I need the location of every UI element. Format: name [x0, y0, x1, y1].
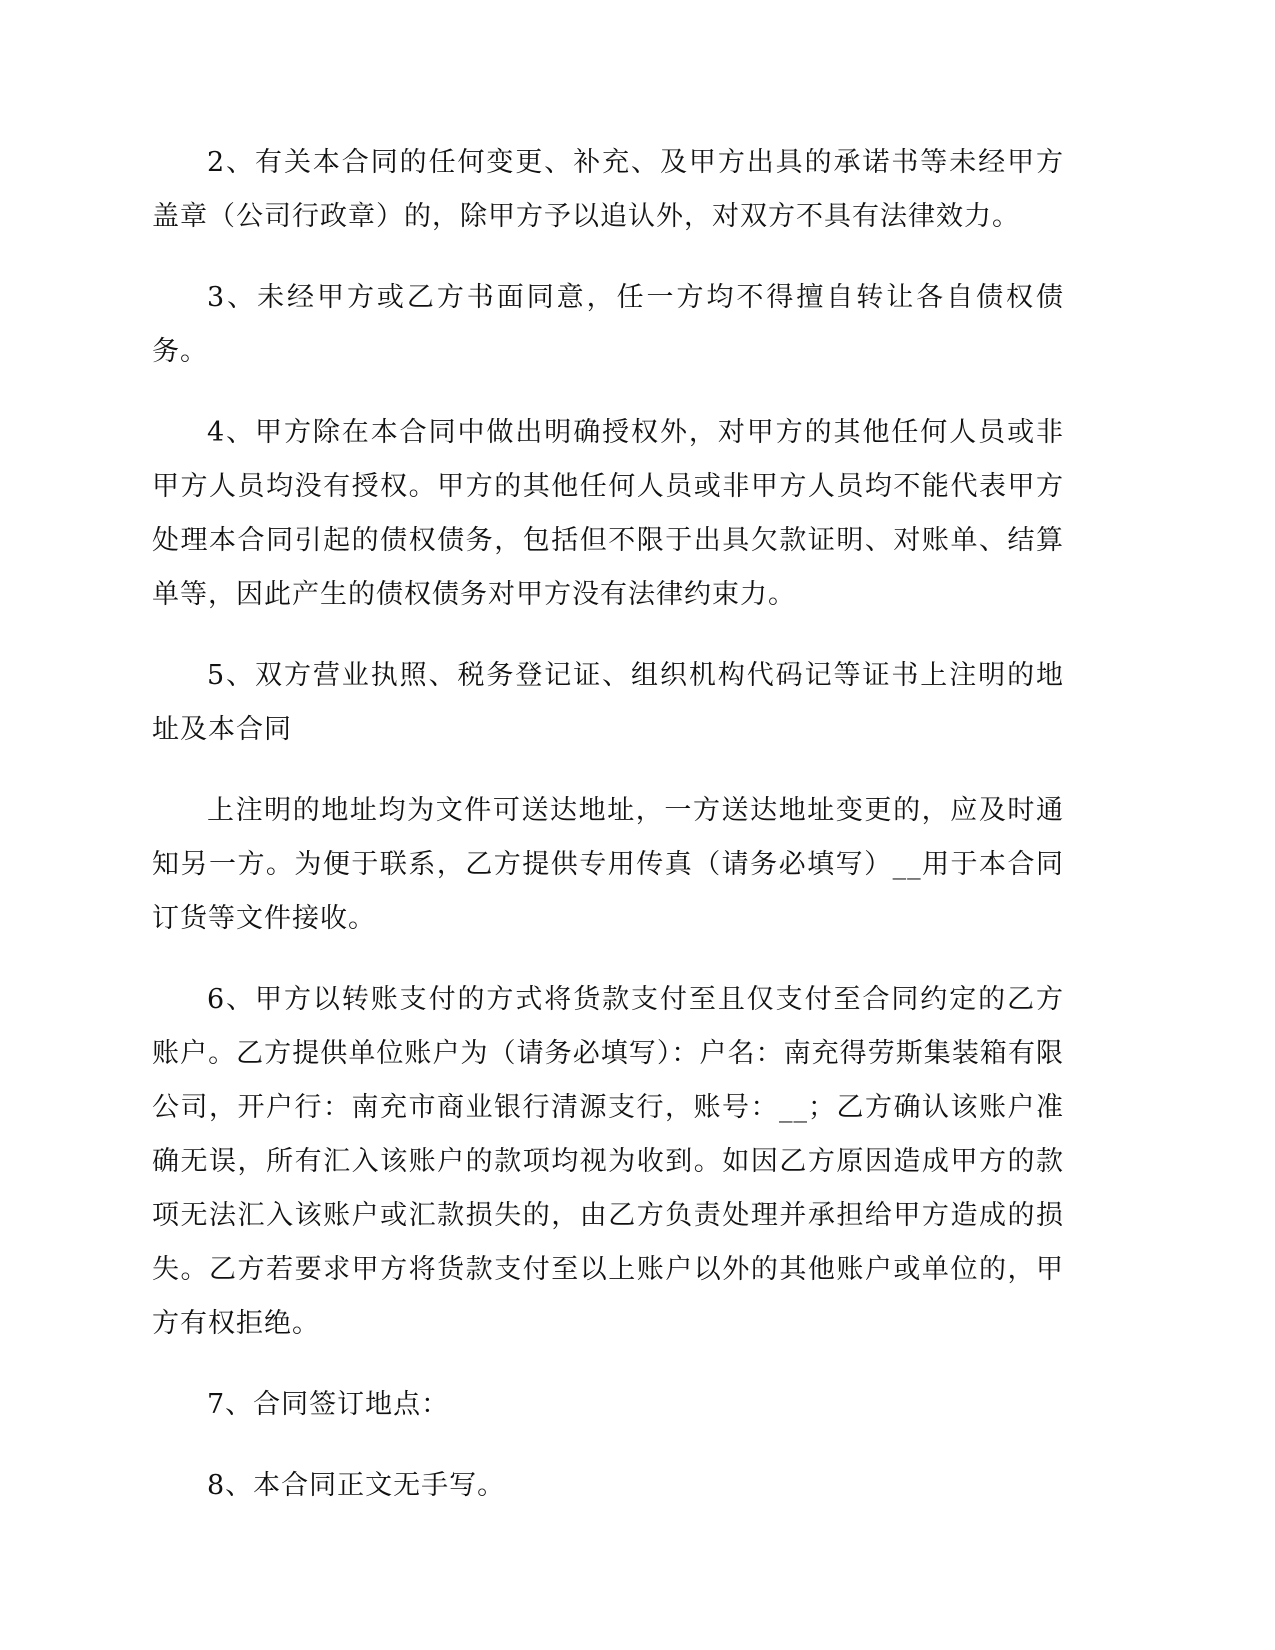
clause-8: 8、本合同正文无手写。	[152, 1459, 1064, 1513]
clause-4: 4、甲方除在本合同中做出明确授权外，对甲方的其他任何人员或非甲方人员均没有授权。…	[152, 406, 1064, 622]
clause-6: 6、甲方以转账支付的方式将货款支付至且仅支付至合同约定的乙方账户。乙方提供单位账…	[152, 973, 1064, 1351]
clause-3: 3、未经甲方或乙方书面同意，任一方均不得擅自转让各自债权债务。	[152, 271, 1064, 379]
document-page: 2、有关本合同的任何变更、补充、及甲方出具的承诺书等未经甲方盖章（公司行政章）的…	[152, 136, 1064, 1540]
clause-2: 2、有关本合同的任何变更、补充、及甲方出具的承诺书等未经甲方盖章（公司行政章）的…	[152, 136, 1064, 244]
clause-5-continued: 上注明的地址均为文件可送达地址，一方送达地址变更的，应及时通知另一方。为便于联系…	[152, 784, 1064, 946]
clause-5: 5、双方营业执照、税务登记证、组织机构代码记等证书上注明的地址及本合同	[152, 649, 1064, 757]
clause-7: 7、合同签订地点：	[152, 1378, 1064, 1432]
